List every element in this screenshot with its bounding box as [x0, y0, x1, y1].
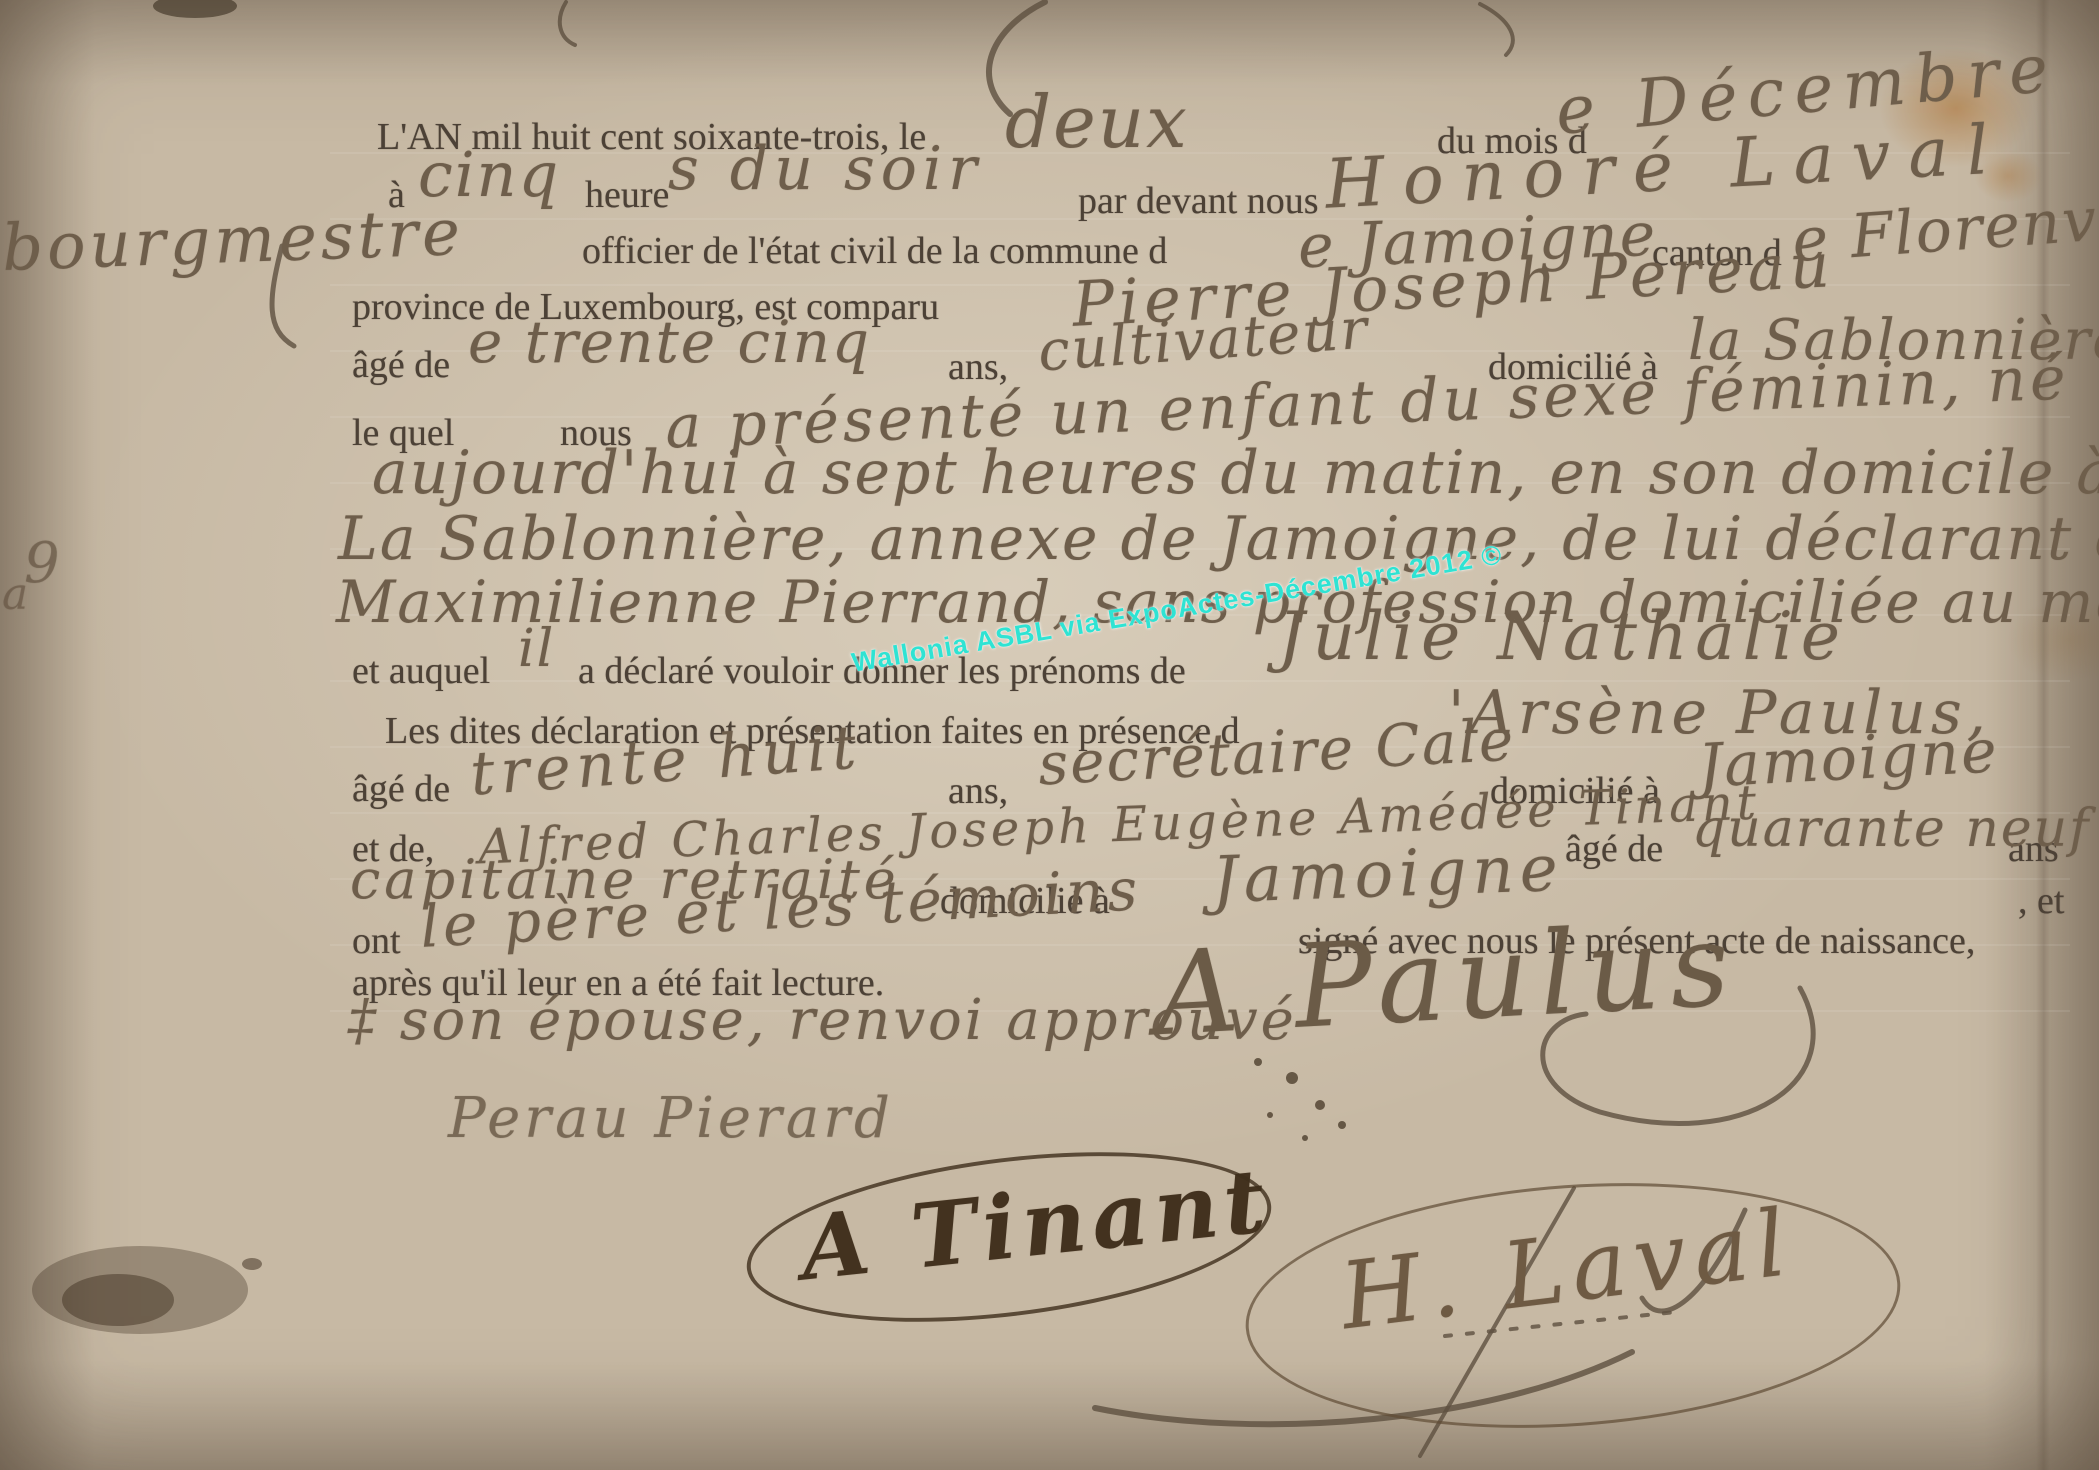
written-birth-place: La Sablonnière, annexe de Jamoigne, de l… — [338, 508, 2099, 571]
written-il: il — [518, 622, 555, 677]
laval-oval-flourish — [1237, 1162, 1908, 1448]
signature-pereau: Perau Pierard — [448, 1090, 894, 1149]
printed-officier: officier de l'état civil de la commune d — [582, 232, 1167, 272]
printed-age-2: âgé de — [352, 770, 450, 810]
written-birth-time: aujourd'hui à sept heures du matin, en s… — [372, 442, 2099, 505]
written-day: deux — [1005, 85, 1189, 161]
ink-spatter — [1254, 1058, 1346, 1141]
written-child-names: Julie Nathalie — [1278, 602, 1848, 671]
printed-age-1: âgé de — [352, 346, 450, 386]
written-marginal-note: ‡ son épouse, renvoi approuvé — [348, 992, 1297, 1051]
signature-paulus: A Paulus — [1152, 905, 1742, 1056]
written-witness2-domicile: Jamoigne — [1211, 836, 1565, 915]
margin-mark-2: a — [2, 572, 30, 618]
written-father-age: e trente cinq — [468, 312, 871, 373]
printed-virgule-et: , et — [2018, 882, 2064, 922]
written-officer-title: bourgmestre — [1, 200, 465, 283]
printed-par-devant: par devant nous — [1078, 182, 1319, 222]
paper-blotches — [32, 0, 262, 1334]
written-soir: s du soir — [668, 138, 983, 201]
printed-heure: heure — [585, 176, 669, 216]
written-witness2-age: quarante neuf — [1692, 802, 2090, 857]
top-right-flourish-fragment — [1480, 4, 1513, 55]
birth-record-scan: L'AN mil huit cent soixante-trois, le du… — [0, 0, 2099, 1470]
printed-ont: ont — [352, 922, 401, 962]
top-flourish-fragment — [560, 2, 575, 45]
printed-et-auquel: et auquel — [352, 652, 490, 692]
